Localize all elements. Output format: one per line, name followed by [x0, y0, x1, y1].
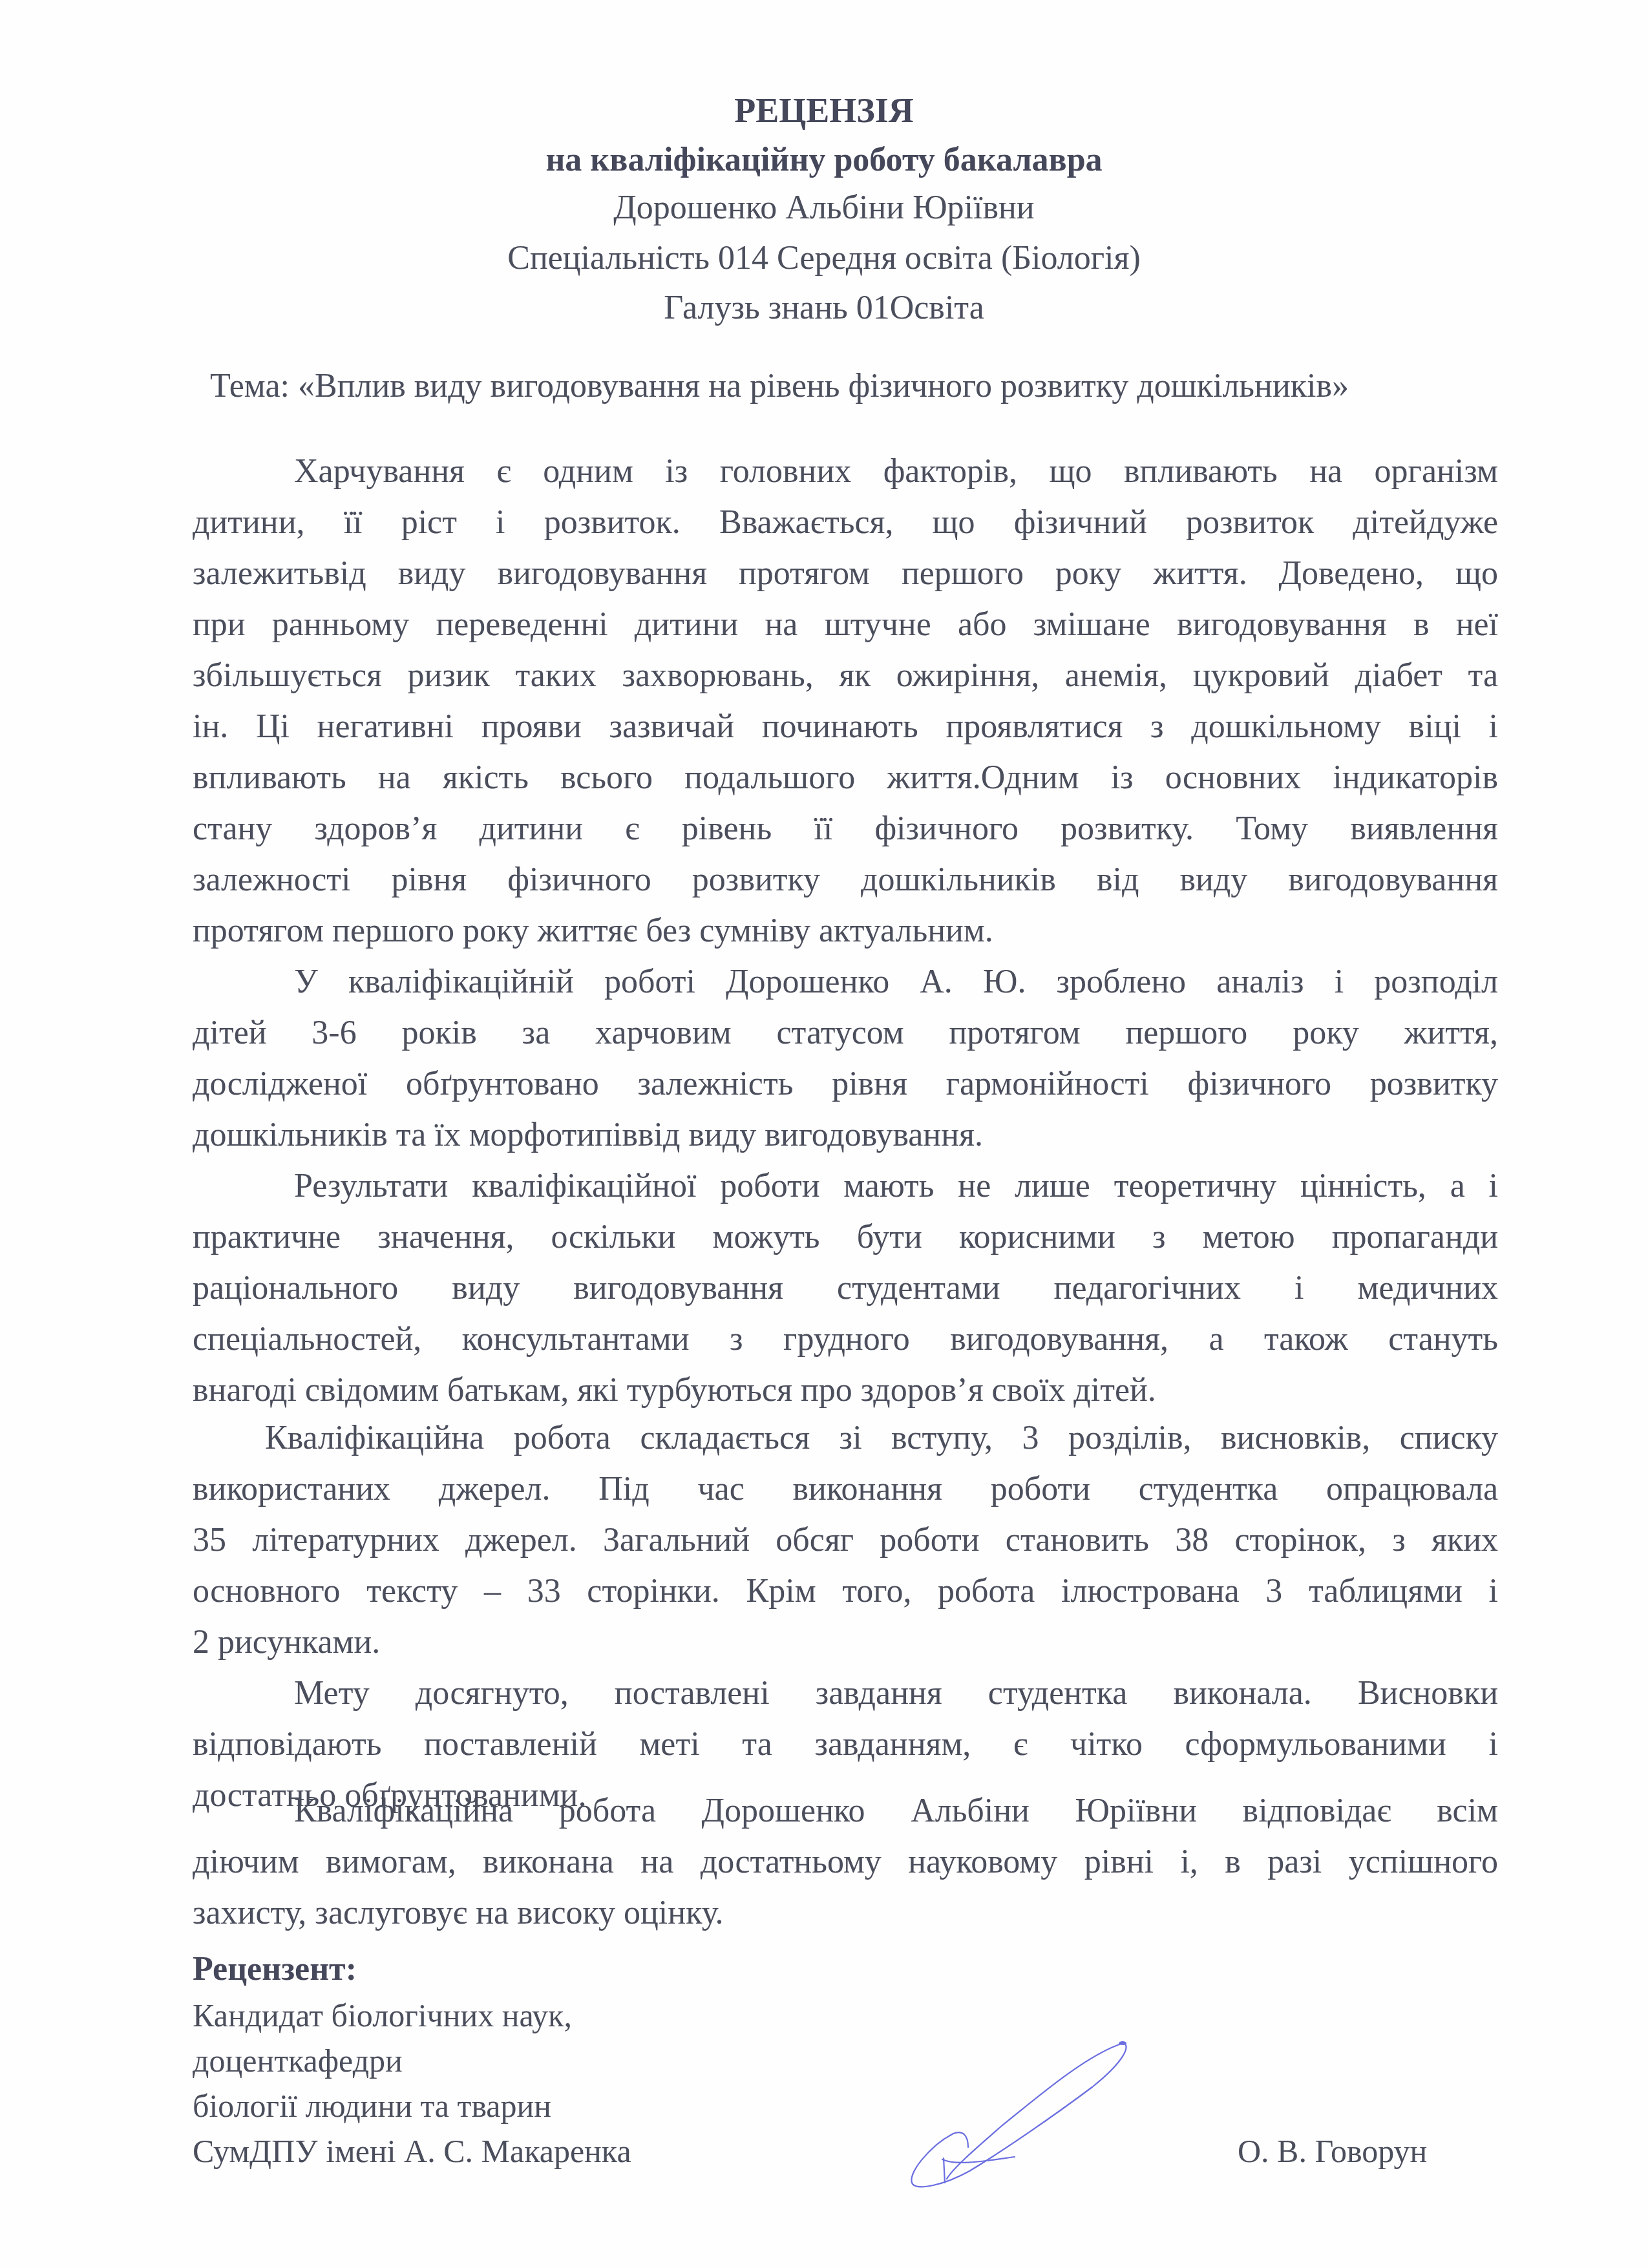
document-subtitle: на кваліфікаційну роботу бакалавра [0, 141, 1648, 179]
text-line: 2 рисунками. [193, 1623, 1498, 1662]
text-line: дітей 3-6 років за харчовим статусом про… [193, 1014, 1498, 1053]
text-line: використаних джерел. Під час виконання р… [193, 1470, 1498, 1509]
text-line: основного тексту – 33 сторінки. Крім тог… [193, 1572, 1498, 1611]
text-line: дошкільників та їх морфотипіввід виду ви… [193, 1116, 1498, 1155]
reviewer-name: О. В. Говорун [1238, 2132, 1427, 2170]
text-line: дослідженої обґрунтовано залежність рівн… [193, 1065, 1498, 1104]
text-line: спеціальностей, консультантами з грудног… [193, 1320, 1498, 1359]
text-line: Кваліфікаційна робота Дорошенко Альбіни … [294, 1792, 1498, 1831]
text-line: Харчування є одним із головних факторів,… [294, 452, 1498, 491]
text-line: раціонального виду вигодовування студент… [193, 1269, 1498, 1308]
field-of-knowledge: Галузь знань 01Освіта [0, 289, 1648, 327]
reviewer-heading: Рецензент: [193, 1950, 357, 1988]
text-line: 35 літературних джерел. Загальний обсяг … [193, 1521, 1498, 1560]
text-line: при ранньому переведенні дитини на штучн… [193, 605, 1498, 644]
text-line: внагоді свідомим батькам, які турбуються… [193, 1371, 1498, 1410]
text-line: стану здоров’я дитини є рівень її фізичн… [193, 810, 1498, 848]
text-line: діючим вимогам, виконана на достатньому … [193, 1843, 1498, 1882]
text-line: Мету досягнуто, поставлені завдання студ… [294, 1674, 1498, 1713]
text-line: відповідають поставленій меті та завданн… [193, 1725, 1498, 1764]
specialty: Спеціальність 014 Середня освіта (Біолог… [0, 239, 1648, 277]
text-line: У кваліфікаційній роботі Дорошенко А. Ю.… [294, 963, 1498, 1002]
reviewer-department: біології людини та тварин [193, 2087, 551, 2125]
document-page: РЕЦЕНЗІЯ на кваліфікаційну роботу бакала… [0, 0, 1648, 2268]
document-title: РЕЦЕНЗІЯ [0, 90, 1648, 131]
text-line: збільшується ризик таких захворювань, як… [193, 656, 1498, 695]
text-line: Результати кваліфікаційної роботи мають … [294, 1167, 1498, 1206]
text-line: Кваліфікаційна робота складається зі вст… [265, 1419, 1498, 1458]
text-line: захисту, заслуговує на високу оцінку. [193, 1894, 1498, 1933]
text-line: залежності рівня фізичного розвитку дошк… [193, 861, 1498, 899]
text-line: протягом першого року життяє без сумніву… [193, 912, 1498, 950]
reviewer-degree: Кандидат біологічних наук, [193, 1997, 572, 2034]
reviewer-institution: СумДПУ імені А. С. Макаренка [193, 2132, 631, 2170]
text-line: практичне значення, оскільки можуть бути… [193, 1218, 1498, 1257]
text-line: залежитьвід виду вигодовування протягом … [193, 554, 1498, 593]
signature-icon [872, 2016, 1196, 2203]
reviewer-position: доценткафедри [193, 2042, 403, 2079]
student-name: Дорошенко Альбіни Юріївни [0, 189, 1648, 227]
text-line: дитини, її ріст і розвиток. Вважається, … [193, 503, 1498, 542]
topic-line: Тема: «Вплив виду вигодовування на рівен… [210, 367, 1349, 405]
text-line: впливають на якість всього подальшого жи… [193, 759, 1498, 797]
text-line: ін. Ці негативні прояви зазвичай починаю… [193, 708, 1498, 746]
